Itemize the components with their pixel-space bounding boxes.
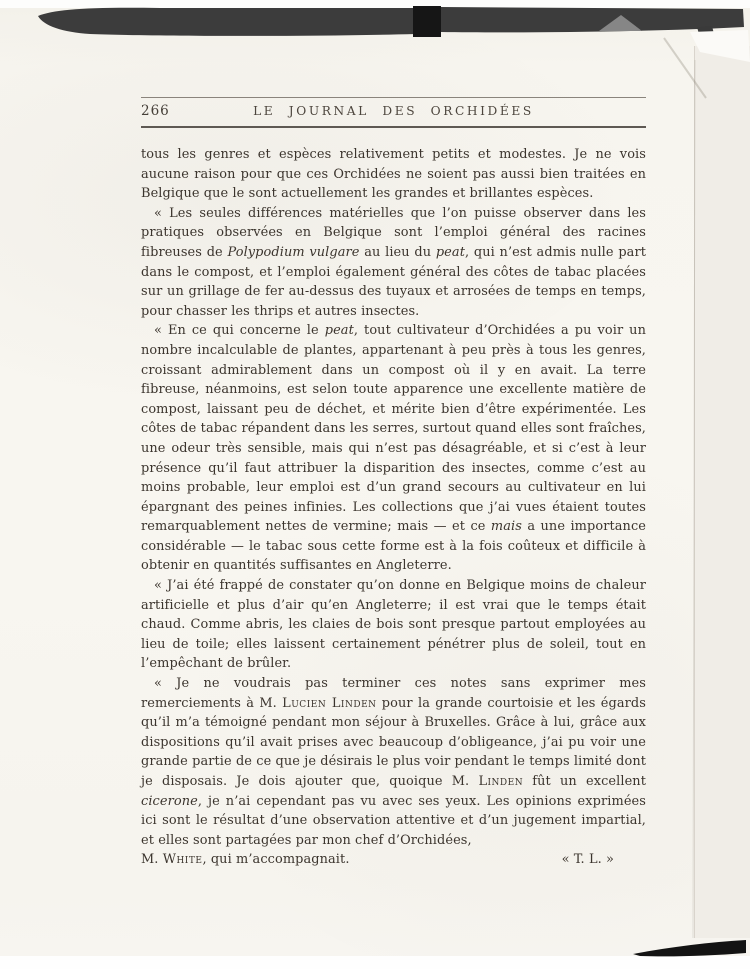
italic-text: Polypodium vulgare [227,245,359,260]
paragraph: « Je ne voudrais pas terminer ces notes … [141,674,646,850]
text-run: , tout cultivateur d’Orchidées a pu voir… [141,323,646,534]
closing-line: M. White, qui m’accompagnait.« T. L. » [141,850,646,870]
text-run: « En ce qui concerne le [154,323,325,338]
page-right-edge [694,46,750,938]
scan-margin-bottom [0,956,750,969]
smallcaps-name: White [163,852,203,867]
text-run: M. [141,852,163,867]
paragraph: « Les seules différences matérielles que… [141,204,646,322]
text-run: tous les genres et espèces relativement … [141,147,646,201]
text-block: tous les genres et espèces relativement … [141,145,646,870]
smallcaps-name: Lucien Linden [282,696,376,711]
italic-text: cicerone [141,794,198,809]
journal-title: LE JOURNAL DES ORCHIDÉES [141,104,646,118]
paragraph: « J’ai été frappé de constater qu’on don… [141,576,646,674]
italic-text: mais [491,519,522,534]
scanned-book-page: 266 LE JOURNAL DES ORCHIDÉES tous les ge… [0,0,750,969]
signature: « T. L. » [562,850,646,870]
italic-text: peat [436,245,465,260]
smallcaps-name: Linden [478,774,523,789]
paragraph: « En ce qui concerne le peat, tout culti… [141,321,646,576]
paragraph: tous les genres et espèces relativement … [141,145,646,204]
running-header: 266 LE JOURNAL DES ORCHIDÉES [141,97,646,128]
text-run: fût un excellent [523,774,646,789]
text-run: « J’ai été frappé de constater qu’on don… [141,578,646,671]
closing-left: M. White, qui m’accompagnait. [141,850,350,870]
text-run: , je n’ai cependant pas vu avec ses yeux… [141,794,646,848]
italic-text: peat [325,323,354,338]
text-run: , qui m’accompagnait. [202,852,349,867]
text-run: au lieu du [360,245,436,260]
